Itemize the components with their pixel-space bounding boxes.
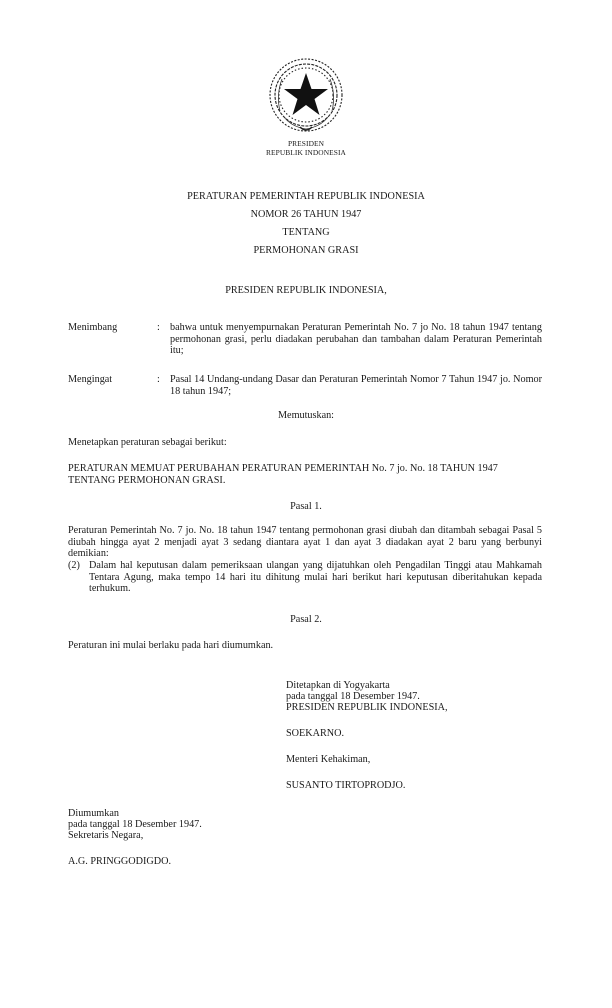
article-1-item-text: Dalam hal keputusan dalam pemeriksaan ul… bbox=[89, 560, 542, 595]
minister-name: SUSANTO TIRTOPRODJO. bbox=[286, 780, 536, 792]
issuer-heading: PRESIDEN REPUBLIK INDONESIA, bbox=[0, 285, 612, 296]
article-1-heading: Pasal 1. bbox=[0, 501, 612, 513]
signatory-name: SOEKARNO. bbox=[286, 728, 536, 740]
announcement-label: Diumumkan bbox=[68, 808, 318, 820]
consideration-label-menimbang: Menimbang bbox=[68, 322, 117, 334]
consideration-label-mengingat: Mengingat bbox=[68, 374, 112, 386]
emblem-caption-line2: REPUBLIK INDONESIA bbox=[0, 148, 612, 157]
consideration-text-mengingat: Pasal 14 Undang-undang Dasar dan Peratur… bbox=[170, 374, 542, 397]
consideration-colon: : bbox=[157, 322, 160, 334]
presidential-emblem-icon bbox=[266, 55, 346, 137]
announcement-signatory: A.G. PRINGGODIGDO. bbox=[68, 856, 318, 868]
announcement-date: pada tanggal 18 Desember 1947. bbox=[68, 819, 318, 831]
signature-date: pada tanggal 18 Desember 1947. bbox=[286, 691, 536, 703]
article-1-item-number: (2) bbox=[68, 560, 80, 572]
article-2-heading: Pasal 2. bbox=[0, 614, 612, 626]
article-1-text: Peraturan Pemerintah No. 7 jo. No. 18 ta… bbox=[68, 525, 542, 560]
consideration-text-menimbang: bahwa untuk menyempurnakan Peraturan Pem… bbox=[170, 322, 542, 357]
consideration-colon: : bbox=[157, 374, 160, 386]
document-title-line1: PERATURAN PEMERINTAH REPUBLIK INDONESIA bbox=[0, 191, 612, 202]
emblem-caption-line1: PRESIDEN bbox=[0, 139, 612, 148]
document-subject: PERMOHONAN GRASI bbox=[0, 245, 612, 256]
establish-text: Menetapkan peraturan sebagai berikut: bbox=[68, 437, 542, 449]
document-title-about: TENTANG bbox=[0, 227, 612, 238]
regulation-title: PERATURAN MEMUAT PERUBAHAN PERATURAN PEM… bbox=[68, 463, 542, 486]
decision-heading: Memutuskan: bbox=[0, 410, 612, 422]
document-number: NOMOR 26 TAHUN 1947 bbox=[0, 209, 612, 220]
announcement-office: Sekretaris Negara, bbox=[68, 830, 318, 842]
minister-title: Menteri Kehakiman, bbox=[286, 754, 536, 766]
signature-place: Ditetapkan di Yogyakarta bbox=[286, 680, 536, 692]
article-2-text: Peraturan ini mulai berlaku pada hari di… bbox=[68, 640, 542, 652]
signature-office: PRESIDEN REPUBLIK INDONESIA, bbox=[286, 702, 536, 714]
